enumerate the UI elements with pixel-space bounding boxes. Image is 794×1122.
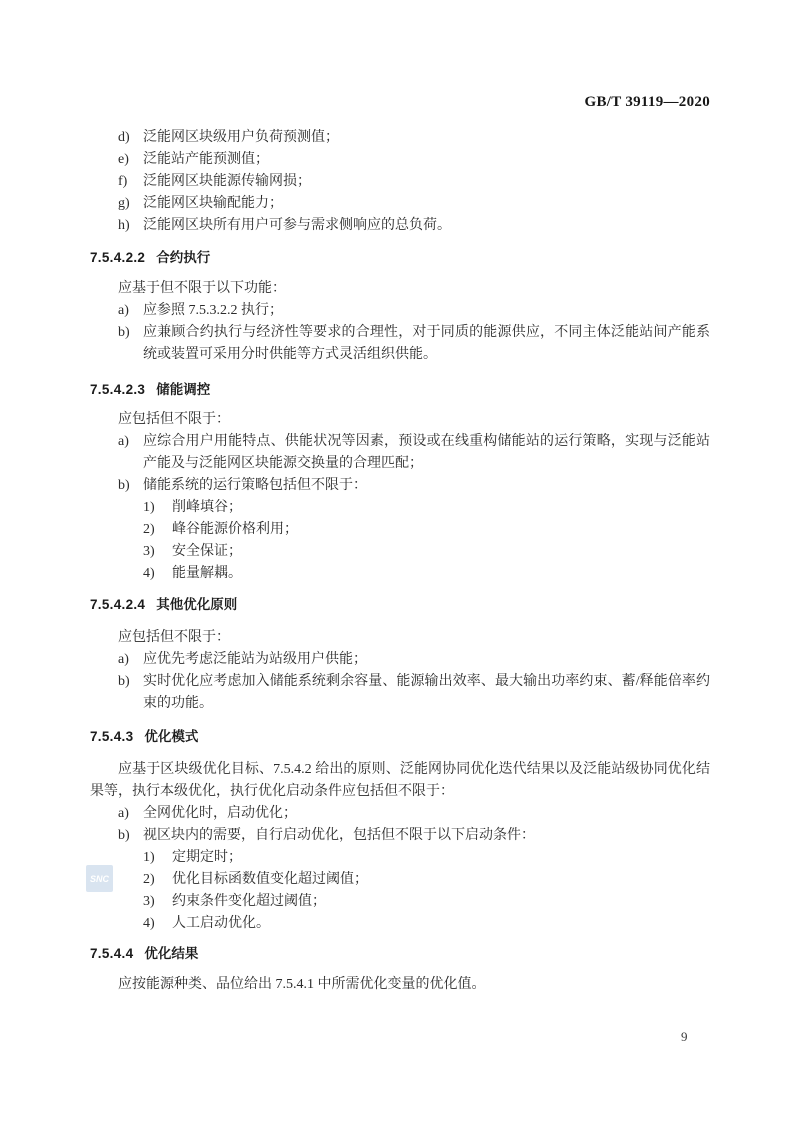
item-marker: h) [118,215,130,237]
page-number: 9 [681,1026,688,1048]
section-intro: 应包括但不限于： [90,627,710,649]
sub-list-item: 3) 约束条件变化超过阈值； [90,891,710,913]
section-title: 优化模式 [144,729,198,744]
section-list: a) 应参照 7.5.3.2.2 执行； b) 应兼顾合约执行与经济性等要求的合… [90,300,710,366]
list-item: g) 泛能网区块输配能力； [90,193,710,215]
list-item: b) 应兼顾合约执行与经济性等要求的合理性，对于同质的能源供应，不同主体泛能站间… [90,322,710,366]
sub-list-item: 1) 定期定时； [90,847,710,869]
item-text: 能量解耦。 [172,566,242,581]
item-marker: a) [118,300,129,322]
item-text: 定期定时； [172,850,242,865]
item-text: 泛能网区块所有用户可参与需求侧响应的总负荷。 [143,218,451,233]
list-item: a) 应参照 7.5.3.2.2 执行； [90,300,710,322]
item-marker: b) [118,322,130,344]
list-item: e) 泛能站产能预测值； [90,149,710,171]
item-marker: g) [118,193,130,215]
item-marker: 3) [143,891,155,913]
sub-list-item: 4) 人工启动优化。 [90,913,710,935]
item-marker: 1) [143,847,155,869]
section-title: 合约执行 [156,250,210,265]
section-intro: 应按能源种类、品位给出 7.5.4.1 中所需优化变量的优化值。 [90,974,710,996]
section-list: a) 应优先考虑泛能站为站级用户供能； b) 实时优化应考虑加入储能系统剩余容量… [90,649,710,715]
item-text: 视区块内的需要，自行启动优化，包括但不限于以下启动条件： [143,828,535,843]
item-marker: b) [118,475,130,497]
item-marker: e) [118,149,129,171]
sub-list-item: 2) 优化目标函数值变化超过阈值； [90,869,710,891]
section-heading: 7.5.4.2.3储能调控 [90,379,710,401]
section-number: 7.5.4.3 [90,729,133,744]
list-item: f) 泛能网区块能源传输网损； [90,171,710,193]
doc-number: GB/T 39119—2020 [585,91,711,113]
section-heading: 7.5.4.2.4其他优化原则 [90,594,710,616]
item-text: 应兼顾合约执行与经济性等要求的合理性，对于同质的能源供应，不同主体泛能站间产能系… [143,325,710,362]
item-marker: a) [118,803,129,825]
item-marker: 1) [143,497,155,519]
section-heading: 7.5.4.2.2合约执行 [90,247,710,269]
section-number: 7.5.4.2.2 [90,250,145,265]
sub-list-item: 4) 能量解耦。 [90,563,710,585]
section-title: 储能调控 [156,382,210,397]
item-text: 储能系统的运行策略包括但不限于： [143,478,367,493]
item-marker: a) [118,649,129,671]
section-intro: 应基于但不限于以下功能： [90,278,710,300]
item-marker: b) [118,825,130,847]
item-text: 泛能网区块输配能力； [143,196,283,211]
item-marker: b) [118,671,130,693]
item-text: 峰谷能源价格利用； [172,522,298,537]
list-item: b) 储能系统的运行策略包括但不限于： [90,475,710,497]
list-item: a) 全网优化时，启动优化； [90,803,710,825]
item-text: 泛能网区块能源传输网损； [143,174,311,189]
sub-list-item: 1) 削峰填谷； [90,497,710,519]
section-number: 7.5.4.2.4 [90,597,145,612]
item-marker: 2) [143,869,155,891]
item-text: 约束条件变化超过阈值； [172,894,326,909]
item-text: 应参照 7.5.3.2.2 执行； [143,303,283,318]
top-list: d) 泛能网区块级用户负荷预测值； e) 泛能站产能预测值； f) 泛能网区块能… [90,127,710,237]
list-item: a) 应综合用户用能特点、供能状况等因素，预设或在线重构储能站的运行策略，实现与… [90,431,710,475]
section-list: a) 全网优化时，启动优化； b) 视区块内的需要，自行启动优化，包括但不限于以… [90,803,710,935]
item-text: 全网优化时，启动优化； [143,806,297,821]
item-marker: f) [118,171,127,193]
section-list: a) 应综合用户用能特点、供能状况等因素，预设或在线重构储能站的运行策略，实现与… [90,431,710,585]
list-item: b) 实时优化应考虑加入储能系统剩余容量、能源输出效率、最大输出功率约束、蓄/释… [90,671,710,715]
section-heading: 7.5.4.4优化结果 [90,943,710,965]
item-text: 应优先考虑泛能站为站级用户供能； [143,652,367,667]
item-text: 削峰填谷； [172,500,242,515]
section-intro: 应包括但不限于： [90,409,710,431]
item-text: 安全保证； [172,544,242,559]
item-text: 人工启动优化。 [172,916,270,931]
section-title: 其他优化原则 [156,597,237,612]
item-text: 泛能站产能预测值； [143,152,269,167]
section-intro: 应基于区块级优化目标、7.5.4.2 给出的原则、泛能网协同优化迭代结果以及泛能… [90,759,710,803]
item-marker: 2) [143,519,155,541]
item-marker: 4) [143,563,155,585]
document-page: GB/T 39119—2020 d) 泛能网区块级用户负荷预测值； e) 泛能站… [0,0,794,1122]
item-marker: 3) [143,541,155,563]
item-marker: a) [118,431,129,453]
list-item: d) 泛能网区块级用户负荷预测值； [90,127,710,149]
section-number: 7.5.4.4 [90,946,133,961]
item-text: 应综合用户用能特点、供能状况等因素，预设或在线重构储能站的运行策略，实现与泛能站… [143,434,710,471]
section-heading: 7.5.4.3优化模式 [90,726,710,748]
list-item: h) 泛能网区块所有用户可参与需求侧响应的总负荷。 [90,215,710,237]
list-item: b) 视区块内的需要，自行启动优化，包括但不限于以下启动条件： [90,825,710,847]
item-marker: 4) [143,913,155,935]
section-number: 7.5.4.2.3 [90,382,145,397]
item-text: 优化目标函数值变化超过阈值； [172,872,368,887]
item-text: 泛能网区块级用户负荷预测值； [143,130,339,145]
page-content: d) 泛能网区块级用户负荷预测值； e) 泛能站产能预测值； f) 泛能网区块能… [90,127,710,996]
section-title: 优化结果 [144,946,198,961]
watermark-stamp: SNC [86,865,113,892]
item-marker: d) [118,127,130,149]
sub-list-item: 3) 安全保证； [90,541,710,563]
sub-list-item: 2) 峰谷能源价格利用； [90,519,710,541]
item-text: 实时优化应考虑加入储能系统剩余容量、能源输出效率、最大输出功率约束、蓄/释能倍率… [143,674,710,711]
list-item: a) 应优先考虑泛能站为站级用户供能； [90,649,710,671]
